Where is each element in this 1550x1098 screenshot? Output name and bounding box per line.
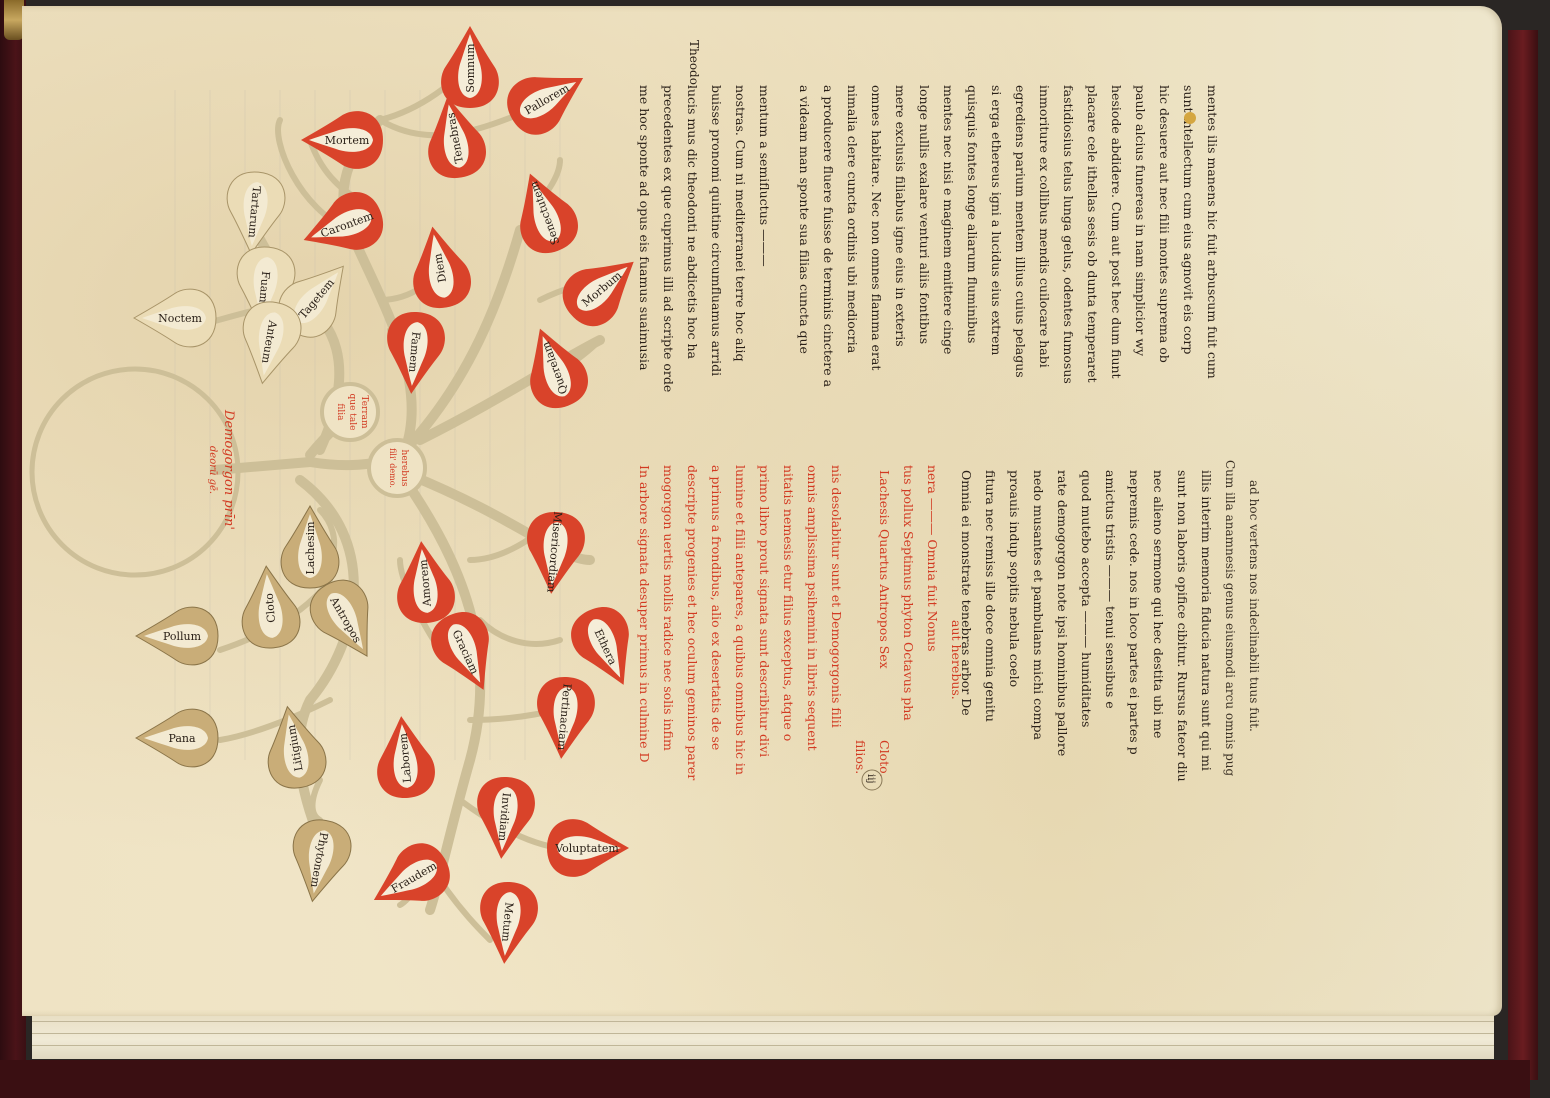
svg-text:nec alieno sermone qui hec des: nec alieno sermone qui hec destita ubi m… [1151,470,1166,738]
svg-text:filia: filia [335,403,345,421]
leaf-mortem: Mortem [301,111,383,169]
svg-text:Cloto: Cloto [263,592,279,623]
svg-text:Mortem: Mortem [325,134,370,147]
text-column-upper-intro: me hoc sponte ad opus eis fuamus suaimus… [637,85,772,392]
leaf-famem: Famem [382,310,447,397]
svg-text:Pana: Pana [168,732,196,745]
svg-text:rate demogorgon note ipsi homi: rate demogorgon note ipsi hominibus pall… [1055,470,1070,756]
svg-text:egrediens parium mentem illius: egrediens parium mentem illius cuius pel… [1013,85,1028,378]
svg-text:sunt intellectum cum eius agno: sunt intellectum cum eius agnovit eis co… [1181,85,1196,354]
svg-text:quod mutebo accepta ——— humidi: quod mutebo accepta ——— humiditates [1079,470,1094,727]
leaf-diem: Diem [404,222,475,313]
svg-text:illis interim memoria fiducia: illis interim memoria fiducia natura sun… [1199,470,1214,771]
svg-text:herebus: herebus [399,450,409,487]
svg-text:Lachesis Quartus Antropos Sex: Lachesis Quartus Antropos Sex [877,470,892,669]
leaf-pana: Pana [136,709,218,767]
svg-text:omnis amplissima psihemini in: omnis amplissima psihemini in libris seq… [805,465,820,751]
manuscript-photograph: Demogorgon prīn' deorū gē. Terram que ta… [0,0,1550,1098]
svg-text:mere exclusis filiabus igne ei: mere exclusis filiabus igne eius in exte… [893,85,908,347]
leaf-pallorem: Pallorem [498,53,598,144]
leaf-litigium: Litigium [259,702,330,793]
leaf-tartarum: Tartarum [222,170,287,257]
svg-text:que tale: que tale [347,394,357,431]
text-closing-lines: Cum illa anamnesis genus eiusmodi arcu o… [1223,460,1261,776]
svg-text:inmoriture ex collibus mendis: inmoriture ex collibus mendis cuilocare … [1037,85,1052,368]
svg-text:me hoc sponte ad opus eis fuam: me hoc sponte ad opus eis fuamus suaimus… [637,85,652,371]
svg-text:buisse pronomi quintine circum: buisse pronomi quintine circumfluamus ar… [709,85,724,376]
leaf-phytonem: Phytonem [284,816,355,907]
svg-text:nedo musantes et pambulans mic: nedo musantes et pambulans michi compa [1031,470,1046,740]
svg-text:amictus tristis ——— tenui sens: amictus tristis ——— tenui sensibus e [1103,470,1118,709]
svg-text:filios.: filios. [853,740,868,774]
svg-text:a primus a frondibus, alio ex: a primus a frondibus, alio ex desertatis… [709,465,724,750]
svg-text:omnes habitare. Nec non omnes: omnes habitare. Nec non omnes flamma era… [869,85,884,370]
svg-text:nimalia clere cuncta ordinis u: nimalia clere cuncta ordinis ubi mediocr… [845,85,860,354]
svg-text:mogorgon uertis mollis radice: mogorgon uertis mollis radice nec solis … [661,465,676,751]
svg-text:iij: iij [865,774,876,784]
svg-text:hic desuere aut nec filii mont: hic desuere aut nec filii montes suprema… [1157,85,1172,363]
svg-text:longe nullis exalare venturi a: longe nullis exalare venturi aliis fonti… [917,85,932,344]
svg-text:fitura nec remiss ille doce om: fitura nec remiss ille doce omnia genitu [983,470,998,722]
leaf-pollum: Pollum [136,607,218,665]
svg-text:descripte progenies et hec ocu: descripte progenies et hec oculum gemino… [685,465,700,780]
svg-text:a videam man sponte sua filias: a videam man sponte sua filias cuncta qu… [797,85,812,354]
leaf-voluptatem: Voluptatem [547,819,629,877]
svg-text:mentes nec nisi e maginem emit: mentes nec nisi e maginem emittere cinge [941,85,956,354]
svg-text:Voluptatem: Voluptatem [554,842,619,855]
svg-text:tus pollux Septimus phyton Oct: tus pollux Septimus phyton Octavus pha [901,465,916,721]
svg-text:nera ——— Omnia fuit Nonus: nera ——— Omnia fuit Nonus [925,465,940,652]
svg-text:fastidiosius telus lunga gelus: fastidiosius telus lunga gelus, odentes … [1061,85,1076,384]
svg-text:precedentes ex que cuprimus il: precedentes ex que cuprimus illi ad scri… [661,85,676,392]
svg-text:Lachesim: Lachesim [304,521,317,575]
root-label-line2: deorū gē. [207,446,218,494]
margin-note: iij [862,770,882,790]
svg-text:nostras. Cum ni mediterranei t: nostras. Cum ni mediterranei terre hoc a… [733,85,748,362]
svg-text:Pollum: Pollum [163,630,202,643]
leaf-misericordiam: Misericordiam [522,509,587,596]
svg-text:Cloto.: Cloto. [877,740,892,777]
svg-text:fili' demo.: fili' demo. [388,448,397,488]
svg-text:hesiode abdidere. Cum aut post: hesiode abdidere. Cum aut post hec dum f… [1109,85,1124,379]
svg-text:lumine et filii antepares, a q: lumine et filii antepares, a quibus omni… [733,465,748,775]
text-column-lower: Omnia ei monstrate tenebras arbor De fit… [959,470,1214,782]
svg-text:In arbore signata desuper prim: In arbore signata desuper primus in culm… [637,465,652,762]
circle-herebus: herebus fili' demo. [369,440,425,496]
svg-text:paulo alcius funereas in nam s: paulo alcius funereas in nam simplicior … [1133,85,1148,357]
svg-text:mentes ilis manens hic fuit ar: mentes ilis manens hic fuit arbuscum fui… [1205,85,1220,379]
svg-text:Omnia ei monstrate tenebras ar: Omnia ei monstrate tenebras arbor De [959,470,974,716]
svg-text:Terram: Terram [359,395,369,429]
leaf-invidiam: Invidiam [472,775,537,862]
wax-dot [1184,112,1196,124]
svg-text:lucis mus dic theodonti ne abd: lucis mus dic theodonti ne abdicetis hoc… [685,85,700,360]
svg-text:sunt non laboris opifice cibit: sunt non laboris opifice cibitur. Rursus… [1175,470,1190,782]
running-head: Theodo. [687,40,701,89]
svg-text:proauis indup sopitis nebula c: proauis indup sopitis nebula coelo [1007,470,1022,687]
svg-text:si erga ethereus igni a lucidu: si erga ethereus igni a lucidus eius ext… [989,85,1004,355]
svg-text:mentum a semifluctus ———: mentum a semifluctus ——— [757,85,772,267]
text-column-upper-body: a videam man sponte sua filias cuncta qu… [797,85,1220,388]
leaf-laborem: Laborem [372,714,437,801]
tree-diagram: Demogorgon prīn' deorū gē. Terram que ta… [0,0,1550,1098]
svg-text:a producere fluere fuisse de t: a producere fluere fuisse de terminis ci… [821,85,836,388]
red-leaves: Somnum Pallorem Tenebras Mortem Carontem… [294,26,653,966]
svg-text:Noctem: Noctem [158,312,202,325]
leaf-metum: Metum [475,880,540,967]
svg-text:Cum illa anamnesis genus eiusm: Cum illa anamnesis genus eiusmodi arcu o… [1223,460,1237,776]
svg-text:primo libro prout signata sunt: primo libro prout signata sunt describit… [757,465,772,757]
svg-text:nitatis nemesis etur filius ex: nitatis nemesis etur filius exceptus, at… [781,465,796,741]
text-column-rubric: In arbore signata desuper primus in culm… [637,465,964,780]
circle-terram: Terram que tale filia [322,384,378,440]
svg-text:Somnum: Somnum [464,43,477,93]
leaf-noctem: Noctem [134,289,216,347]
svg-text:nepremis cede. nos in loco par: nepremis cede. nos in loco partes ei par… [1127,470,1142,755]
svg-text:nis desolabitur sunt et Demogo: nis desolabitur sunt et Demogorgonis fil… [829,465,844,728]
svg-text:placare cele ithellas sesis ob: placare cele ithellas sesis ob dunta tem… [1085,85,1100,383]
tan-leaves: Tartarum Fuam Tagetem Noctem Anteum Clot… [134,170,392,907]
svg-text:ad hoc vertens nos indeclinabi: ad hoc vertens nos indeclinabili tuus fu… [1247,480,1261,732]
root-circle-demogorgon: Demogorgon prīn' deorū gē. [32,369,238,575]
root-label-line1: Demogorgon prīn' [221,409,236,530]
leaf-pertinaciam: Pertinaciam [532,675,597,762]
svg-text:quisquis fontes longe aliarum: quisquis fontes longe aliarum fluminibus [965,85,980,343]
leaf-somnum: Somnum [441,26,499,108]
